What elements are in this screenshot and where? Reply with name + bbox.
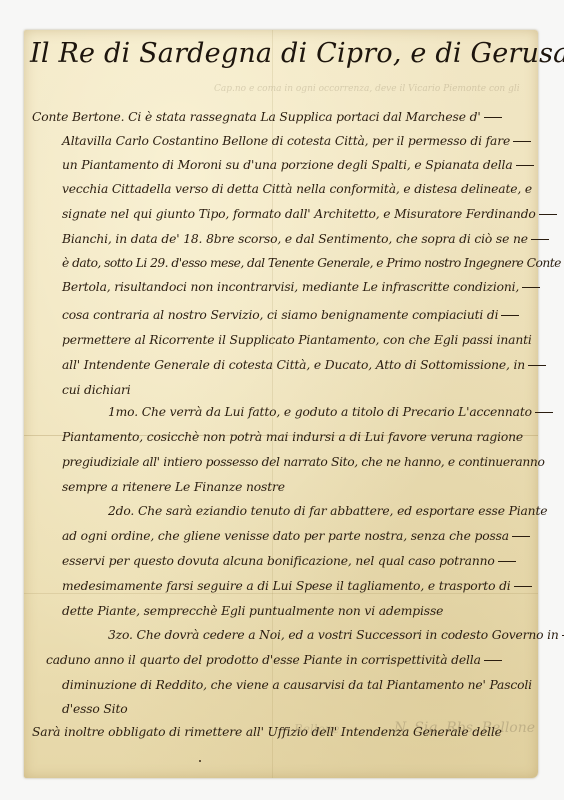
manuscript-line: pregiudiziale all' intiero possesso del …: [62, 455, 545, 469]
manuscript-line: ad ogni ordine, che gliene venisse dato …: [62, 529, 530, 543]
manuscript-line: d'esso Sito: [62, 702, 128, 716]
manuscript-page: Cap.no e coma in ogni occorrenza, deve i…: [24, 30, 538, 778]
manuscript-line: all' Intendente Generale di cotesta Citt…: [62, 358, 546, 372]
manuscript-line: vecchia Cittadella verso di detta Città …: [62, 182, 532, 196]
faint-pencil-note: Bellone: [294, 722, 340, 736]
ink-spot: [199, 760, 201, 762]
manuscript-line-item-1: 1mo. Che verrà da Lui fatto, e goduto a …: [108, 405, 553, 419]
manuscript-line: signate nel qui giunto Tipo, formato dal…: [62, 207, 557, 221]
manuscript-line: Conte Bertone. Ci è stata rassegnata La …: [32, 110, 502, 124]
manuscript-line: Bertola, risultandoci non incontrarvisi,…: [62, 280, 540, 294]
manuscript-line: Piantamento, cosicchè non potrà mai indu…: [62, 430, 523, 444]
manuscript-line: sempre a ritenere Le Finanze nostre: [62, 480, 285, 494]
manuscript-line: caduno anno il quarto del prodotto d'ess…: [46, 653, 502, 667]
manuscript-line: Altavilla Carlo Costantino Bellone di co…: [62, 134, 531, 148]
manuscript-line: diminuzione di Reddito, che viene a caus…: [62, 678, 532, 692]
manuscript-line: esservi per questo dovuta alcuna bonific…: [62, 554, 516, 568]
manuscript-line: cui dichiari: [62, 383, 131, 397]
manuscript-line-item-2: 2do. Che sarà eziandio tenuto di far abb…: [108, 504, 547, 518]
manuscript-line: Bianchi, in data de' 18. 8bre scorso, e …: [62, 232, 549, 246]
manuscript-line: permettere al Ricorrente il Supplicato P…: [62, 333, 532, 347]
manuscript-line: un Piantamento di Moroni su d'una porzio…: [62, 158, 534, 172]
manuscript-line: cosa contraria al nostro Servizio, ci si…: [62, 308, 519, 322]
title-text: Il Re di Sardegna di Cipro, e di Gerusal…: [30, 38, 564, 69]
document-title: Il Re di Sardegna di Cipro, e di Gerusal…: [30, 38, 530, 69]
faint-archive-note: N. Sig. Rbs. Bellone: [394, 720, 535, 736]
fold-crease-horizontal-lower: [24, 593, 538, 594]
manuscript-line-item-3: 3zo. Che dovrà cedere a Noi, ed a vostri…: [108, 628, 564, 642]
bleed-through-text: Cap.no e coma in ogni occorrenza, deve i…: [214, 84, 520, 94]
manuscript-line: è dato, sotto Li 29. d'esso mese, dal Te…: [62, 256, 561, 270]
manuscript-line: medesimamente farsi seguire a di Lui Spe…: [62, 579, 532, 593]
manuscript-line: dette Piante, semprecchè Egli puntualmen…: [62, 604, 443, 618]
